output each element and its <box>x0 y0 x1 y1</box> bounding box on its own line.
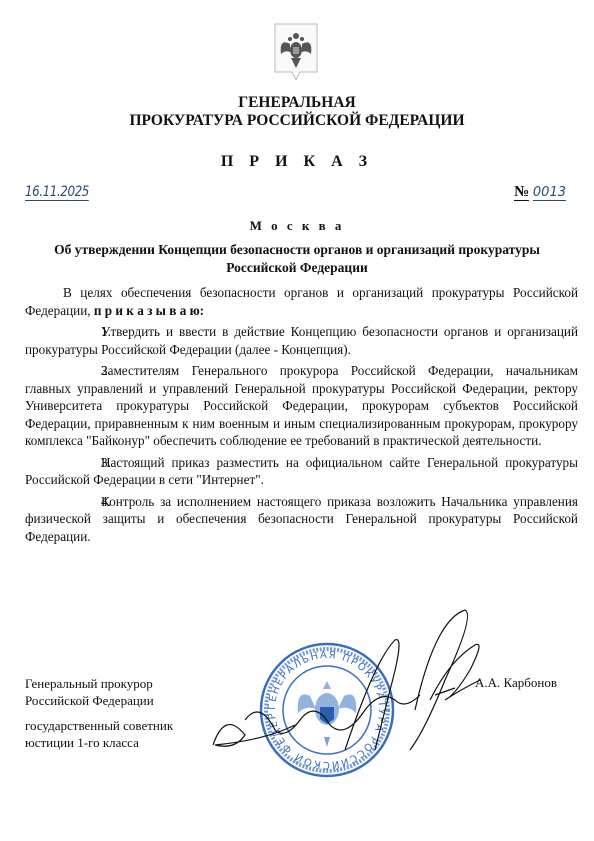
number-value: 0013 <box>533 185 566 201</box>
number-sign: № <box>514 184 529 201</box>
rank-line-1: государственный советник <box>25 717 173 734</box>
item-1: 1.Утвердить и ввести в действие Концепци… <box>25 323 578 358</box>
order-number: № 0013 <box>514 184 566 201</box>
coat-of-arms-icon <box>273 22 319 82</box>
position-line-1: Генеральный прокурор <box>25 675 173 692</box>
orders-keyword: п р и к а з ы в а ю: <box>94 303 204 318</box>
org-line-1: ГЕНЕРАЛЬНАЯ <box>0 94 594 112</box>
title-line-1: Об утверждении Концепции безопасности ор… <box>40 241 554 259</box>
organization-name: ГЕНЕРАЛЬНАЯ ПРОКУРАТУРА РОССИЙСКОЙ ФЕДЕР… <box>0 94 594 130</box>
intro-paragraph: В целях обеспечения безопасности органов… <box>25 284 578 319</box>
org-line-2: ПРОКУРАТУРА РОССИЙСКОЙ ФЕДЕРАЦИИ <box>0 112 594 130</box>
signatory-block: Генеральный прокурор Российской Федераци… <box>25 675 173 751</box>
document-type: П Р И К А З <box>0 153 594 171</box>
order-body: В целях обеспечения безопасности органов… <box>25 284 578 549</box>
position-line-2: Российской Федерации <box>25 692 173 709</box>
city: М о с к в а <box>0 218 594 234</box>
order-title: Об утверждении Концепции безопасности ор… <box>40 241 554 277</box>
rank-line-2: юстиции 1-го класса <box>25 734 173 751</box>
signatory-name: А.А. Карбонов <box>475 675 557 691</box>
item-3: 3.Настоящий приказ разместить на официал… <box>25 454 578 489</box>
item-2: 2.Заместителям Генерального прокурора Ро… <box>25 362 578 450</box>
handwritten-signature <box>205 600 495 770</box>
title-line-2: Российской Федерации <box>40 259 554 277</box>
order-date: 16.11.2025 <box>25 185 89 201</box>
item-4: 4.Контроль за исполнением настоящего при… <box>25 493 578 546</box>
